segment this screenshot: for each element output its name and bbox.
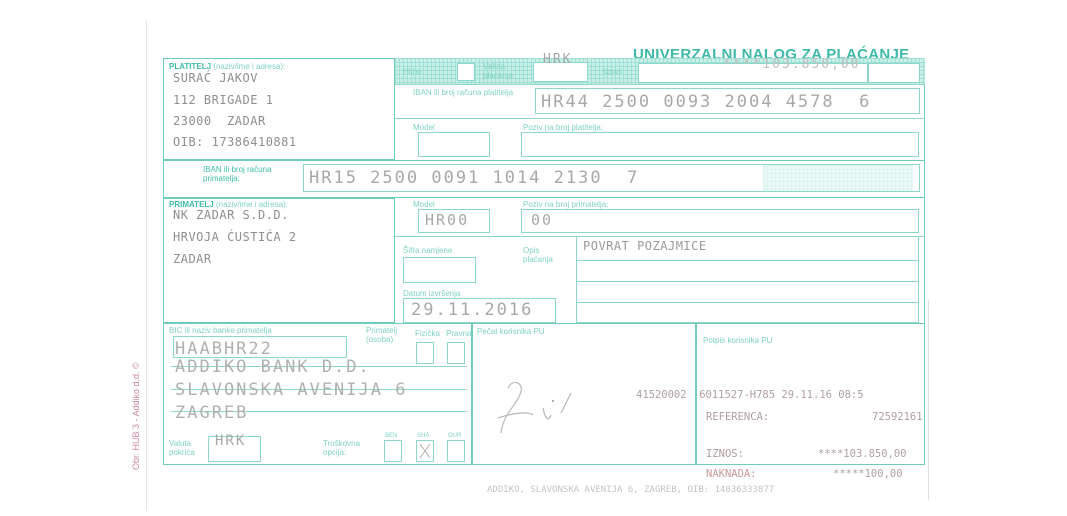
amount-decimals-field[interactable] <box>868 63 920 83</box>
hitno-checkbox[interactable] <box>457 63 475 81</box>
payer-name[interactable]: SURAĆ JAKOV <box>173 71 258 85</box>
hitno-label: Hitno <box>403 67 422 76</box>
payee-person-label: Primatelj (osoba) <box>366 326 406 344</box>
fee-options-label: Troškovna opcija: <box>323 439 373 457</box>
payer-iban-label: IBAN ili broj računa platitelja <box>413 88 533 97</box>
payee-model-label: Model <box>413 200 435 209</box>
payee-reference-value: 00 <box>531 211 553 229</box>
currency-value: HRK <box>543 51 572 69</box>
payer-label: PLATITELJ (naziv/ime i adresa): <box>169 62 285 71</box>
fee-our-checkbox[interactable] <box>447 440 465 462</box>
legal-entity-checkbox[interactable] <box>447 342 465 364</box>
payee-model-value: HR00 <box>425 211 469 229</box>
physical-person-checkbox[interactable] <box>416 342 434 364</box>
bank-line-1: ADDIKO BANK D.D. <box>175 358 371 376</box>
description-label: Opis plaćanja <box>523 246 563 264</box>
payee-iban-value: HR15 2500 0091 1014 2130 7 <box>309 169 639 187</box>
payer-iban-value: HR44 2500 0093 2004 4578 6 <box>541 93 871 111</box>
fee-sha-checkbox[interactable] <box>416 440 434 462</box>
payer-reference-field[interactable] <box>521 132 919 157</box>
execution-date-label: Datum izvršenja <box>403 289 460 298</box>
amount-label: Iznos <box>603 67 622 76</box>
bank-stamp-reference-label: REFERENCA: <box>706 411 769 423</box>
signature-label: Potpis korisnika PU <box>703 336 772 345</box>
bank-line-2: SLAVONSKA AVENIJA 6 <box>175 381 407 399</box>
payer-model-label: Model <box>413 123 435 132</box>
signature-icon <box>493 373 613 453</box>
cross-mark-icon <box>417 441 433 461</box>
payer-model-field[interactable] <box>418 132 490 157</box>
bank-stamp-fee-value: *****100,00 <box>833 468 903 480</box>
bank-stamp-amount-label: IZNOS: <box>706 448 744 460</box>
execution-date-value: 29.11.2016 <box>411 301 533 319</box>
legal-entity-label: Pravna <box>446 329 471 338</box>
payee-iban-label: IBAN ili broj računa primatelja: <box>203 165 283 183</box>
payment-order-form: UNIVERZALNI NALOG ZA PLAĆANJE PLATITELJ … <box>163 53 925 465</box>
bank-stamp-line1: 41520002 6011527-H785 29.11.16 08:5 <box>636 389 864 401</box>
purpose-code-label: Šifra namjene <box>403 246 452 255</box>
bic-value: HAABHR22 <box>175 340 273 358</box>
payer-city[interactable]: 23000 ZADAR <box>173 114 266 128</box>
stamp-label: Pečat korisnika PU <box>477 327 545 336</box>
payee-city[interactable]: ZADAR <box>173 252 212 266</box>
cover-currency-value: HRK <box>215 432 246 450</box>
bic-label: BIC ili naziv banke primatelja <box>169 326 272 335</box>
payee-name[interactable]: NK ZADAR S.D.D. <box>173 208 289 222</box>
fee-ben-checkbox[interactable] <box>384 440 402 462</box>
payee-reference-field[interactable] <box>521 209 919 233</box>
payer-street[interactable]: 112 BRIGADE 1 <box>173 93 273 107</box>
form-code-label: Obr. HUB 3 - Addiko d.d. © <box>131 362 141 470</box>
bank-stamp-amount-value: ****103.850,00 <box>818 448 907 460</box>
legal-physical-label: Fizička <box>415 329 440 338</box>
payee-iban-hatch <box>763 165 913 191</box>
cover-currency-label: Valuta pokrića <box>169 439 205 457</box>
bank-stamp-reference-value: 72592161 <box>872 411 923 423</box>
bank-stamp-fee-label: NAKNADA: <box>706 468 757 480</box>
bank-line-3: ZAGREB <box>175 404 248 422</box>
payee-street[interactable]: HRVOJA ĆUSTIĆA 2 <box>173 230 297 244</box>
payer-reference-label: Poziv na broj platitelja: <box>523 123 603 132</box>
currency-payment-label: Valuta plaćanja <box>483 62 528 80</box>
payer-oib[interactable]: OIB: 17386410881 <box>173 135 297 149</box>
bank-stamp-footer: ADDIKO, SLAVONSKA AVENIJA 6, ZAGREB, OIB… <box>487 484 774 496</box>
description-value: POVRAT POZAJMICE <box>583 239 707 253</box>
payee-reference-label: Poziv na broj primatelja: <box>523 200 608 209</box>
purpose-code-field[interactable] <box>403 257 476 283</box>
amount-value: ****103.850,00 <box>723 56 861 74</box>
